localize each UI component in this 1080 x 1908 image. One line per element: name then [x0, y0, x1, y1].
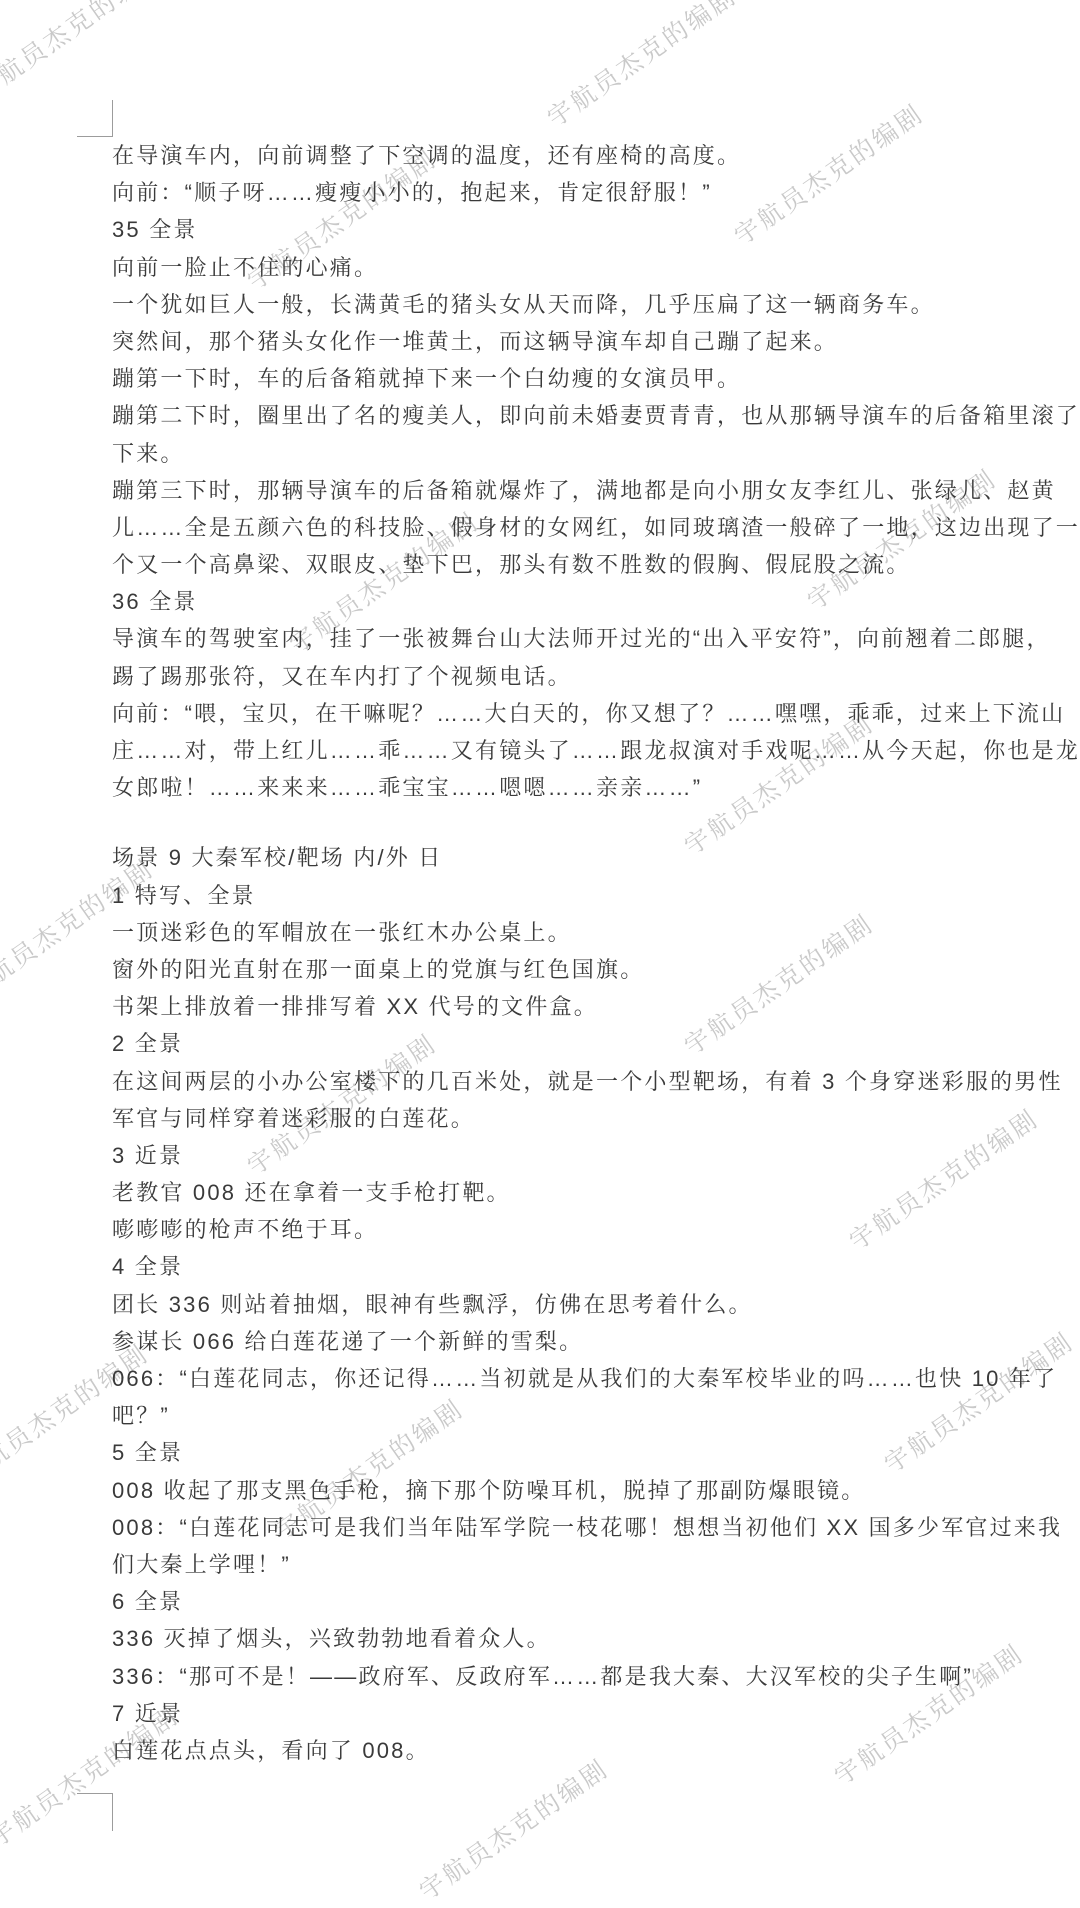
script-line: 1 特写、全景	[112, 877, 1080, 914]
script-document-page: 宇航员杰克的编剧宇航员杰克的编剧宇航员杰克的编剧宇航员杰克的编剧宇航员杰克的编剧…	[0, 0, 1080, 1908]
script-text-body: 在导演车内，向前调整了下空调的温度，还有座椅的高度。向前：“顺子呀……瘦瘦小小的…	[112, 137, 1080, 1769]
script-line: 女郎啦！……来来来……乖宝宝……嗯嗯……亲亲……”	[112, 769, 1080, 806]
script-line: 066：“白莲花同志，你还记得……当初就是从我们的大秦军校毕业的吗……也快 10…	[112, 1360, 1080, 1397]
watermark-text: 宇航员杰克的编剧	[0, 0, 169, 105]
script-line: 踢了踢那张符，又在车内打了个视频电话。	[112, 658, 1080, 695]
script-line: 36 全景	[112, 583, 1080, 620]
script-line: 参谋长 066 给白莲花递了一个新鲜的雪梨。	[112, 1323, 1080, 1360]
script-line: 35 全景	[112, 211, 1080, 248]
script-line: 老教官 008 还在拿着一支手枪打靶。	[112, 1174, 1080, 1211]
script-line: 008：“白莲花同志可是我们当年陆军学院一枝花哪！想想当初他们 XX 国多少军官…	[112, 1509, 1080, 1546]
script-line: 向前：“喂，宝贝，在干嘛呢？……大白天的，你又想了？……嘿嘿，乖乖，过来上下流山	[112, 695, 1080, 732]
script-line: 一顶迷彩色的军帽放在一张红木办公桌上。	[112, 914, 1080, 951]
script-line: 蹦第三下时，那辆导演车的后备箱就爆炸了，满地都是向小朋女友李红儿、张绿儿、赵黄	[112, 472, 1080, 509]
script-line: 下来。	[112, 435, 1080, 472]
script-line: 向前：“顺子呀……瘦瘦小小的，抱起来，肯定很舒服！”	[112, 174, 1080, 211]
script-line: 336 灭掉了烟头，兴致勃勃地看着众人。	[112, 1620, 1080, 1657]
script-line: 白莲花点点头，看向了 008。	[112, 1732, 1080, 1769]
script-line: 336：“那可不是！——政府军、反政府军……都是我大秦、大汉军校的尖子生啊”	[112, 1658, 1080, 1695]
script-line: 2 全景	[112, 1025, 1080, 1062]
script-line: 6 全景	[112, 1583, 1080, 1620]
script-line: 4 全景	[112, 1248, 1080, 1285]
script-line: 向前一脸止不住的心痛。	[112, 249, 1080, 286]
script-line: 在导演车内，向前调整了下空调的温度，还有座椅的高度。	[112, 137, 1080, 174]
script-line: 蹦第一下时，车的后备箱就掉下来一个白幼瘦的女演员甲。	[112, 360, 1080, 397]
script-line: 儿……全是五颜六色的科技脸、假身材的女网红，如同玻璃渣一般碎了一地，这边出现了一	[112, 509, 1080, 546]
blank-line	[112, 806, 1080, 839]
script-line: 场景 9 大秦军校/靶场 内/外 日	[112, 839, 1080, 876]
script-line: 团长 336 则站着抽烟，眼神有些飘浮，仿佛在思考着什么。	[112, 1286, 1080, 1323]
script-line: 突然间，那个猪头女化作一堆黄土，而这辆导演车却自己蹦了起来。	[112, 323, 1080, 360]
script-line: 窗外的阳光直射在那一面桌上的党旗与红色国旗。	[112, 951, 1080, 988]
script-line: 3 近景	[112, 1137, 1080, 1174]
script-line: 庄……对，带上红儿……乖……又有镜头了……跟龙叔演对手戏呢……从今天起，你也是龙	[112, 732, 1080, 769]
watermark-text: 宇航员杰克的编剧	[544, 0, 742, 132]
script-line: 蹦第二下时，圈里出了名的瘦美人，即向前未婚妻贾青青，也从那辆导演车的后备箱里滚了	[112, 397, 1080, 434]
script-line: 一个犹如巨人一般，长满黄毛的猪头女从天而降，几乎压扁了这一辆商务车。	[112, 286, 1080, 323]
watermark-text: 宇航员杰克的编剧	[416, 1756, 614, 1905]
script-line: 嘭嘭嘭的枪声不绝于耳。	[112, 1211, 1080, 1248]
script-line: 7 近景	[112, 1695, 1080, 1732]
script-line: 吧？”	[112, 1397, 1080, 1434]
script-line: 在这间两层的小办公室楼下的几百米处，就是一个小型靶场，有着 3 个身穿迷彩服的男…	[112, 1063, 1080, 1100]
script-line: 5 全景	[112, 1434, 1080, 1471]
script-line: 导演车的驾驶室内，挂了一张被舞台山大法师开过光的“出入平安符”，向前翘着二郎腿，	[112, 620, 1080, 657]
script-line: 军官与同样穿着迷彩服的白莲花。	[112, 1100, 1080, 1137]
script-line: 008 收起了那支黑色手枪，摘下那个防噪耳机，脱掉了那副防爆眼镜。	[112, 1472, 1080, 1509]
script-line: 们大秦上学哩！”	[112, 1546, 1080, 1583]
script-line: 书架上排放着一排排写着 XX 代号的文件盒。	[112, 988, 1080, 1025]
script-line: 个又一个高鼻梁、双眼皮、垫下巴，那头有数不胜数的假胸、假屁股之流。	[112, 546, 1080, 583]
